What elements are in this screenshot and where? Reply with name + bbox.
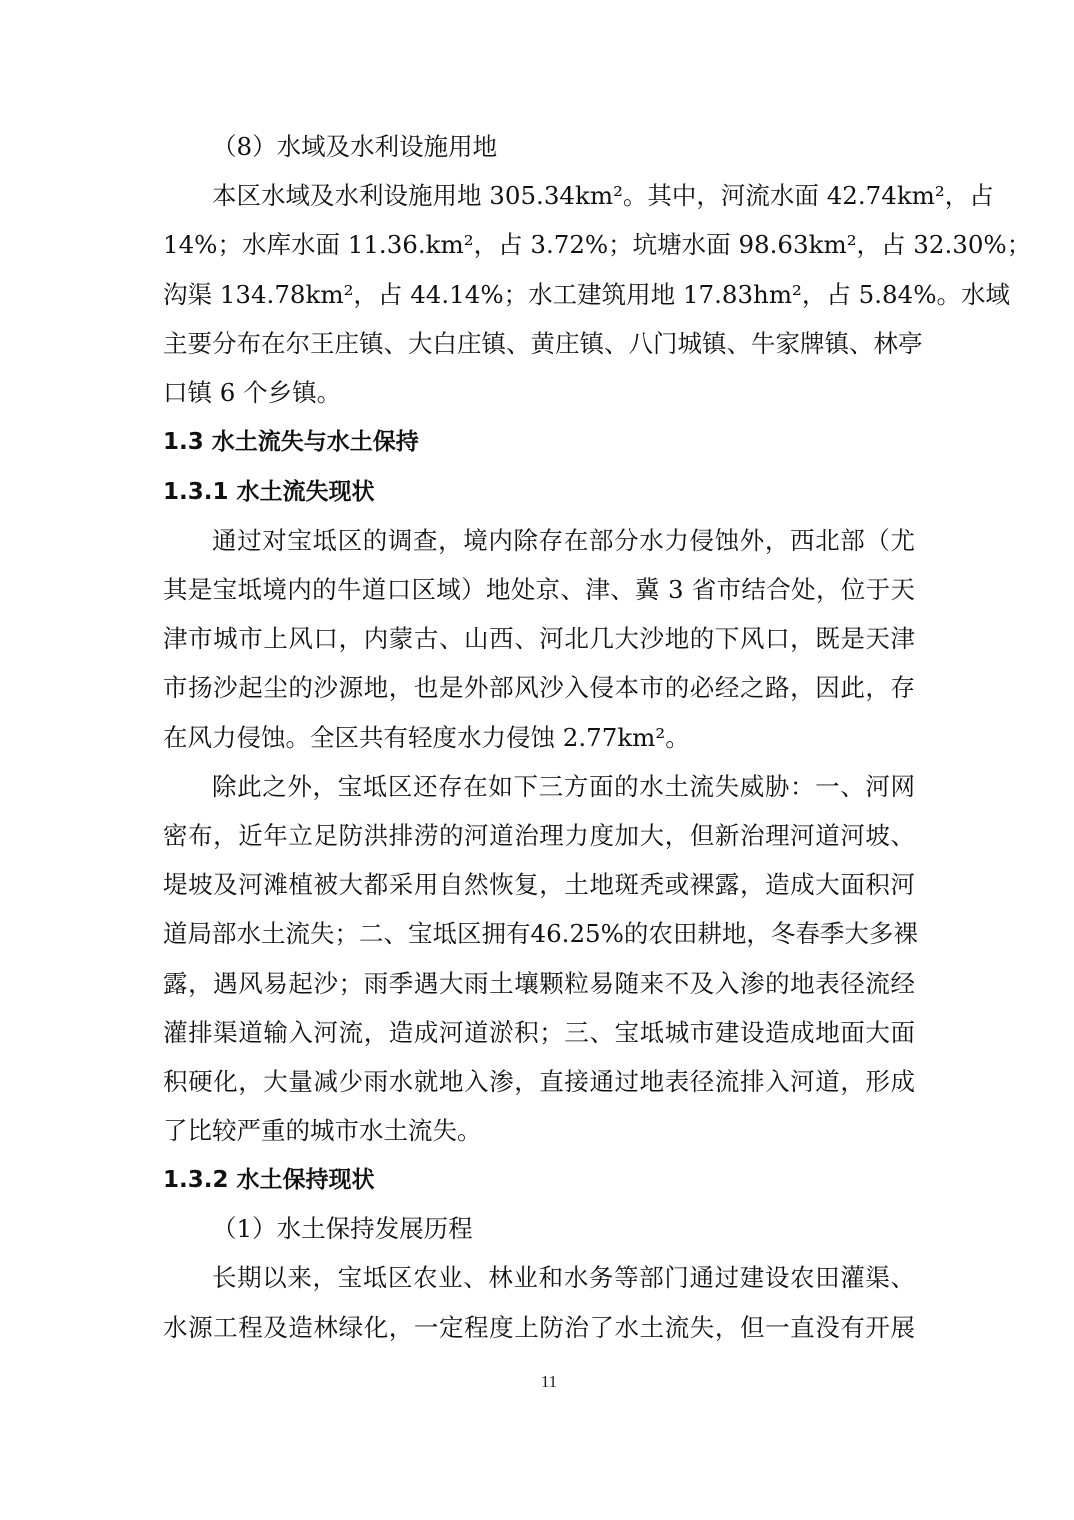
section-heading-1-3-2: 1.3.2 水土保持现状 [163,1160,375,1200]
section-heading-1-3: 1.3 水土流失与水土保持 [163,422,419,462]
paragraph-line: 水源工程及造林绿化，一定程度上防治了水土流失，但一直没有开展 [163,1308,915,1348]
paragraph-line: 口镇 6 个乡镇。 [163,373,915,413]
paragraph-line: 本区水域及水利设施用地 305.34km²。其中，河流水面 42.74km²，占 [212,176,915,216]
paragraph-line: 其是宝坻境内的牛道口区域）地处京、津、冀 3 省市结合处，位于天 [163,570,915,610]
paragraph-line: 除此之外，宝坻区还存在如下三方面的水土流失威胁：一、河网 [212,767,915,807]
paragraph-line: 灌排渠道输入河流，造成河道淤积；三、宝坻城市建设造成地面大面 [163,1013,915,1053]
paragraph-line: 密布，近年立足防洪排涝的河道治理力度加大，但新治理河道河坡、 [163,816,915,856]
paragraph-line: 露，遇风易起沙；雨季遇大雨土壤颗粒易随来不及入渗的地表径流经 [163,964,915,1004]
paragraph-line: 道局部水土流失；二、宝坻区拥有46.25%的农田耕地，冬春季大多裸 [163,914,915,954]
paragraph-line: 积硬化，大量减少雨水就地入渗，直接通过地表径流排入河道，形成 [163,1062,915,1102]
paragraph-line: 市扬沙起尘的沙源地，也是外部风沙入侵本市的必经之路，因此，存 [163,668,915,708]
paragraph-line: 主要分布在尔王庄镇、大白庄镇、黄庄镇、八门城镇、牛家牌镇、林亭 [163,324,915,364]
paragraph-line: 在风力侵蚀。全区共有轻度水力侵蚀 2.77km²。 [163,718,915,758]
section-heading-1-3-1: 1.3.1 水土流失现状 [163,472,375,512]
paragraph-line: 14%；水库水面 11.36.km²，占 3.72%；坑塘水面 98.63km²… [163,225,915,265]
subsection-title-1: （1）水土保持发展历程 [212,1209,915,1249]
document-page: （8）水域及水利设施用地 本区水域及水利设施用地 305.34km²。其中，河流… [0,0,1074,1520]
subsection-title-8: （8）水域及水利设施用地 [212,127,915,167]
paragraph-line: 津市城市上风口，内蒙古、山西、河北几大沙地的下风口，既是天津 [163,619,915,659]
paragraph-line: 长期以来，宝坻区农业、林业和水务等部门通过建设农田灌渠、 [212,1258,915,1298]
paragraph-line: 了比较严重的城市水土流失。 [163,1111,915,1151]
paragraph-line: 沟渠 134.78km²，占 44.14%；水工建筑用地 17.83hm²，占 … [163,275,915,315]
page-number: 11 [0,1372,1074,1392]
paragraph-line: 堤坡及河滩植被大都采用自然恢复，土地斑秃或裸露，造成大面积河 [163,865,915,905]
paragraph-line: 通过对宝坻区的调查，境内除存在部分水力侵蚀外，西北部（尤 [212,521,915,561]
